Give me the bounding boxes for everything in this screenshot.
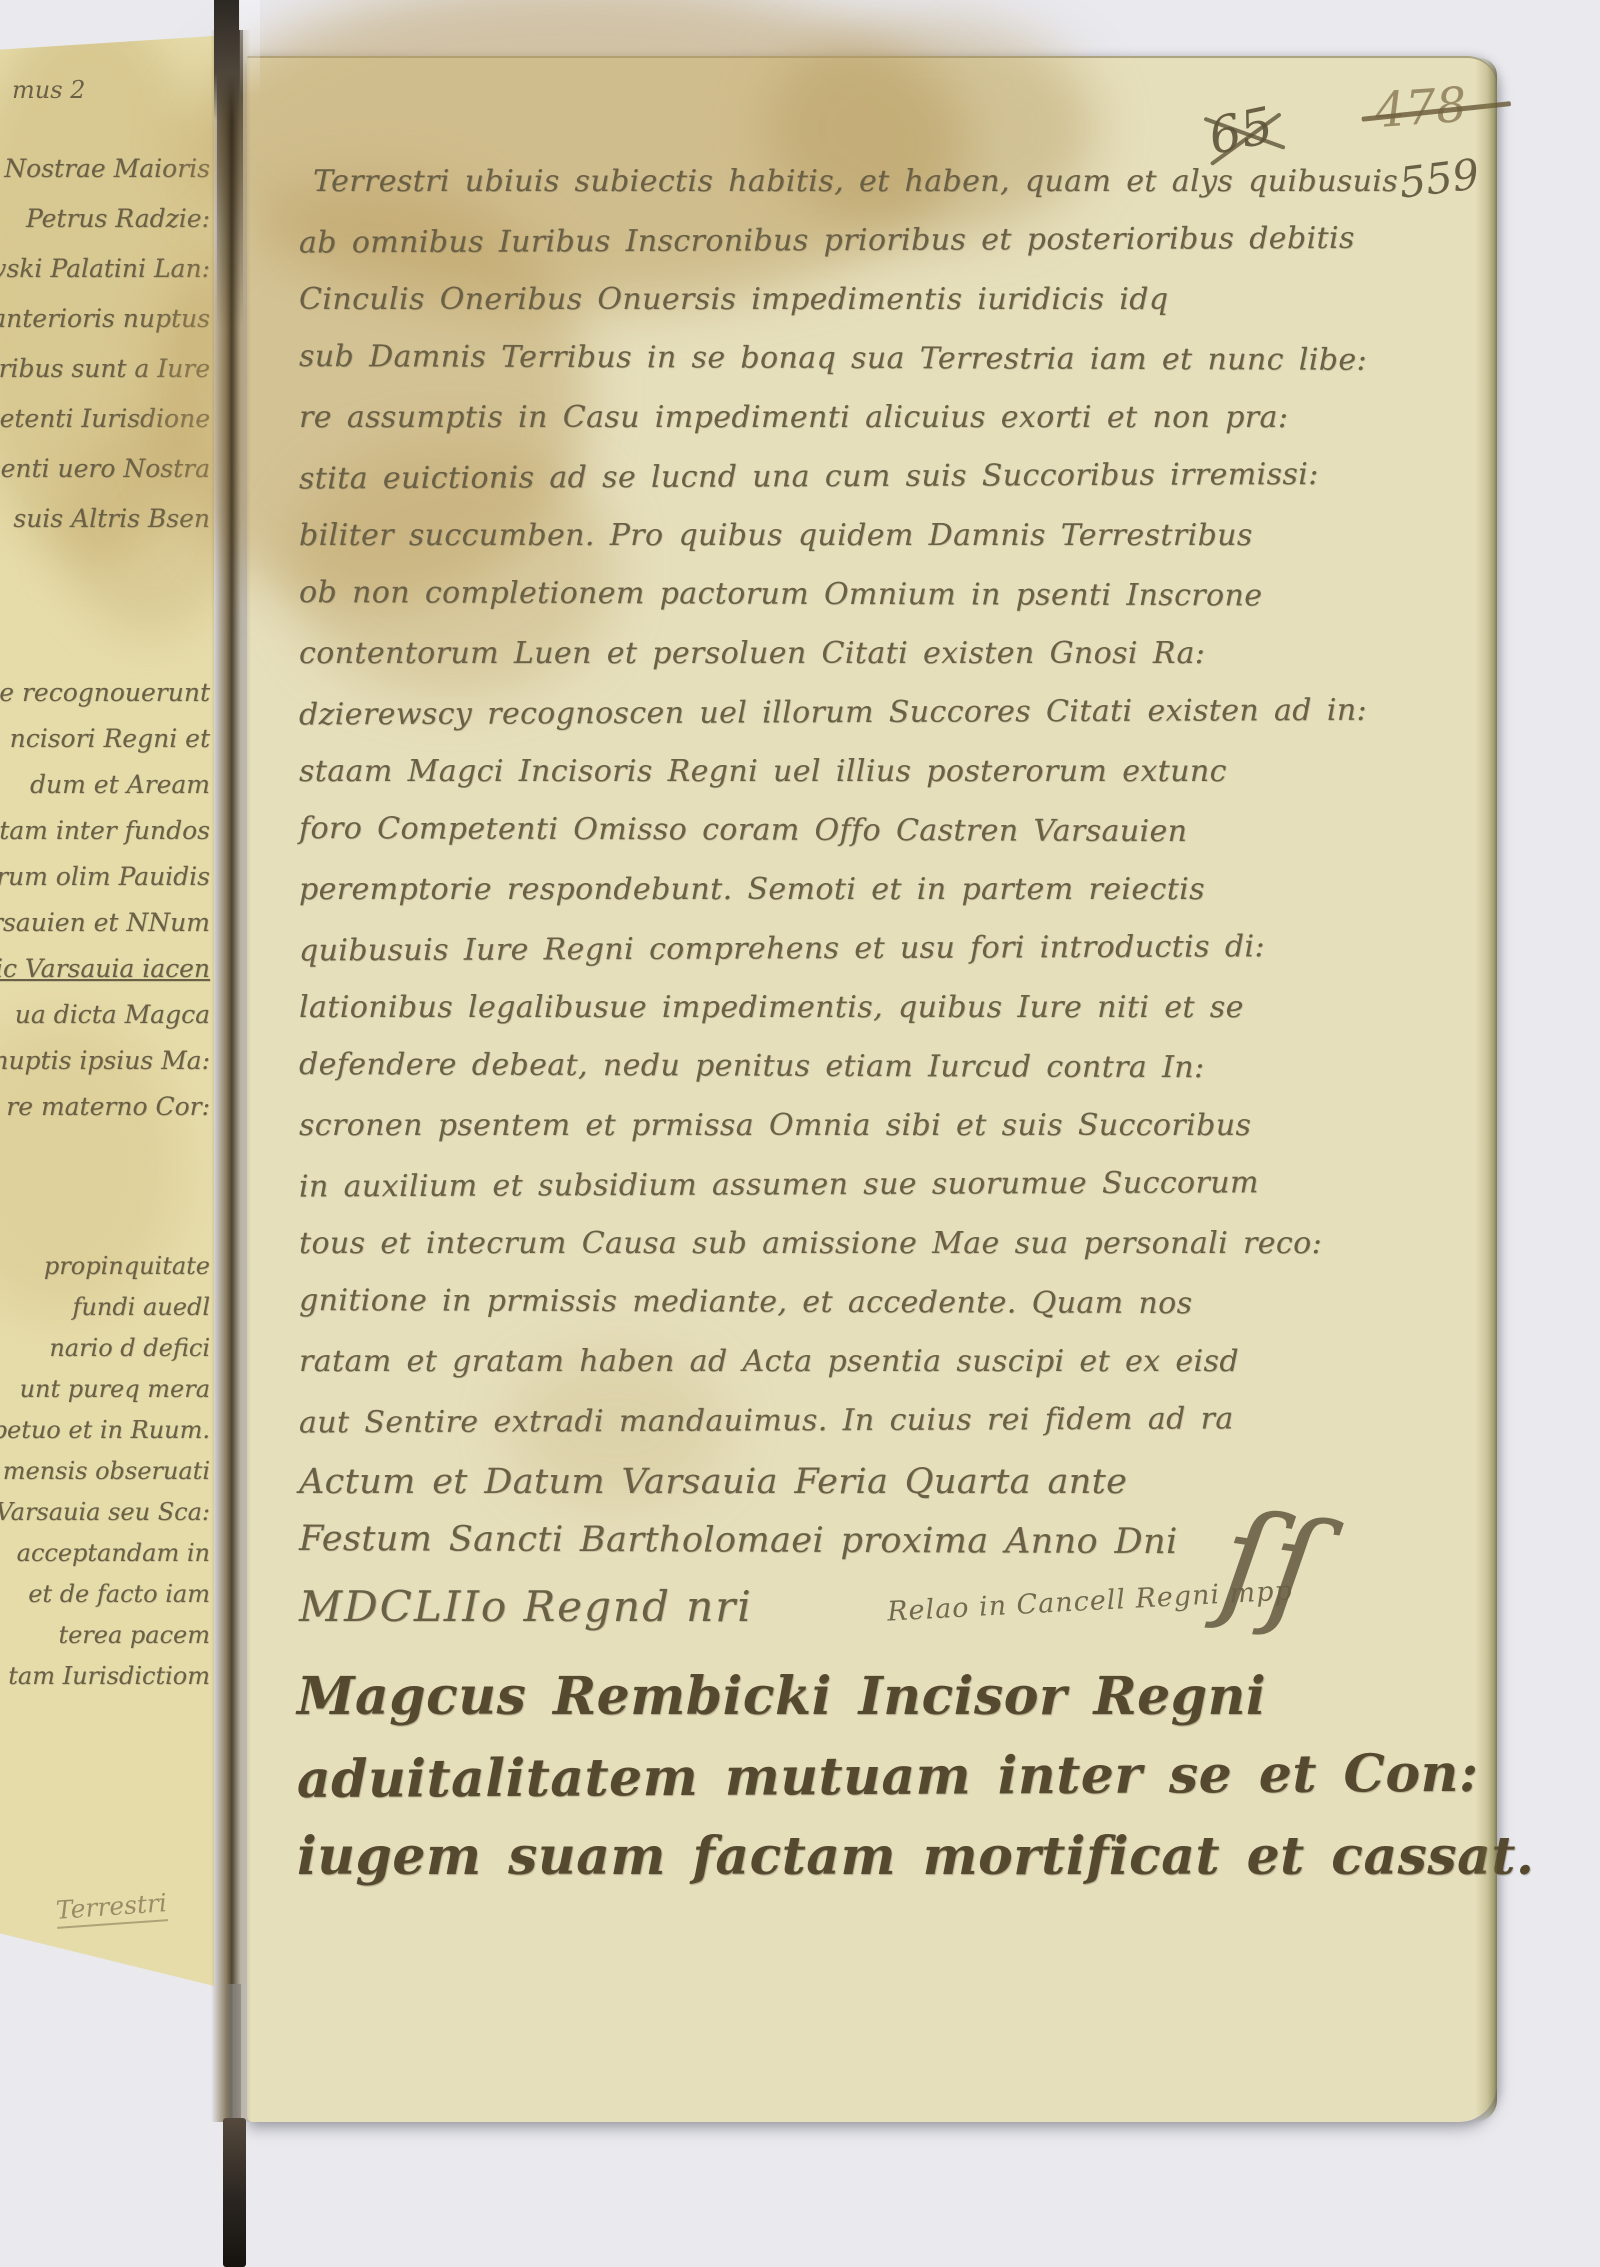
manuscript-line: contentorum Luen et persoluen Citati exi… <box>299 636 1429 695</box>
manuscript-line: Terrestri ubiuis subiectis habitis, et h… <box>299 164 1429 223</box>
manuscript-line-fragment: ua dicta Magca <box>0 1000 210 1046</box>
manuscript-line-fragment: tam Iurisdictiom <box>0 1662 210 1703</box>
manuscript-line-fragment: beneuole recognouerunt <box>0 678 210 724</box>
manuscript-line-fragment: suis Altris Bsen <box>0 504 210 554</box>
folio-number-crossed-65: 65 <box>1204 96 1278 166</box>
manuscript-line: scronen psentem et prmissa Omnia sibi et… <box>299 1108 1429 1167</box>
book-gutter-shadow <box>211 30 251 2122</box>
manuscript-line-fragment: unt pureq mera <box>0 1375 210 1416</box>
manuscript-line: dzierewscy recognoscen uel illorum Succo… <box>299 693 1429 757</box>
clamp-rod-middle <box>226 1984 241 2124</box>
manuscript-line: ob non completionem pactorum Omnium in p… <box>299 575 1429 638</box>
clamp-rod-top <box>214 0 239 122</box>
manuscript-line: sub Damnis Terribus in se bonaq sua Terr… <box>299 339 1429 402</box>
manuscript-line-fragment: rsauien et NNum <box>0 908 210 954</box>
left-page: mus 2 ncis Nostrae MaiorisPetrus Radzie:… <box>0 36 214 1986</box>
summary-line: aduitalitatem mutuam inter se et Con: <box>297 1743 1457 1829</box>
catchword: Terrestri <box>55 1888 168 1929</box>
manuscript-line-fragment: ka anterioris nuptus <box>0 304 210 354</box>
manuscript-body: Terrestri ubiuis subiectis habitis, et h… <box>299 164 1429 1580</box>
summary-note: Magcus Rembicki Incisor Regniaduitalitat… <box>297 1666 1457 1906</box>
manuscript-line-fragment: nuptis ipsius Ma: <box>0 1046 210 1092</box>
manuscript-line: quibusuis Iure Regni comprehens et usu f… <box>299 929 1429 993</box>
manuscript-line: aut Sentire extradi mandauimus. In cuius… <box>299 1401 1429 1465</box>
manuscript-line: ratam et gratam haben ad Acta psentia su… <box>299 1344 1429 1403</box>
manuscript-line: foro Competenti Omisso coram Offo Castre… <box>299 811 1429 874</box>
manuscript-line-fragment: sitam inter fundos <box>0 816 210 862</box>
manuscript-line-fragment: petuo et in Ruum. <box>0 1416 210 1457</box>
left-page-fragments-top: ncis Nostrae MaiorisPetrus Radzie:wski P… <box>0 154 210 554</box>
manuscript-line-fragment: propinquitate <box>0 1252 210 1293</box>
manuscript-line: biliter succumben. Pro quibus quidem Dam… <box>299 518 1429 577</box>
manuscript-line: in auxilium et subsidium assumen sue suo… <box>299 1165 1429 1229</box>
clamp-rod-bottom <box>223 2118 246 2267</box>
manuscript-line-fragment: et de facto iam <box>0 1580 210 1621</box>
folio-number-crossed-478: 478 <box>1373 77 1468 139</box>
manuscript-line-fragment: re materno Cor: <box>0 1092 210 1138</box>
manuscript-line-fragment: nario d defici <box>0 1334 210 1375</box>
manuscript-line-fragment: Sic Varsauia iacen <box>0 954 210 1000</box>
page-fore-edge <box>1475 58 1497 2122</box>
manuscript-line-fragment: mensis obseruati <box>0 1457 210 1498</box>
manuscript-line: tous et intecrum Causa sub amissione Mae… <box>299 1226 1429 1285</box>
manuscript-line-fragment: wski Palatini Lan: <box>0 254 210 304</box>
manuscript-line: re assumptis in Casu impedimenti alicuiu… <box>299 400 1429 459</box>
summary-line: Magcus Rembicki Incisor Regni <box>297 1666 1457 1746</box>
manuscript-photo: mus 2 ncis Nostrae MaiorisPetrus Radzie:… <box>0 0 1600 2267</box>
manuscript-line-fragment: dum et Aream <box>0 770 210 816</box>
manuscript-line-fragment: ncis Nostrae Maioris <box>0 154 210 204</box>
manuscript-line-fragment: Petrus Radzie: <box>0 204 210 254</box>
signature-flourish: ſſ <box>1212 1482 1328 1646</box>
manuscript-line: lationibus legalibusue impedimentis, qui… <box>299 990 1429 1049</box>
manuscript-line-fragment: fundi auedl <box>0 1293 210 1334</box>
manuscript-line: peremptorie respondebunt. Semoti et in p… <box>299 872 1429 931</box>
manuscript-line-fragment: Varsauia seu Sca: <box>0 1498 210 1539</box>
manuscript-line: Cinculis Oneribus Onuersis impedimentis … <box>299 282 1429 341</box>
manuscript-line-fragment: terea pacem <box>0 1621 210 1662</box>
manuscript-line: staam Magci Incisoris Regni uel illius p… <box>299 754 1429 813</box>
manuscript-line-fragment: orum olim Pauidis <box>0 862 210 908</box>
date-line: MDCLIIo Regnd nri <box>299 1582 753 1631</box>
clamp-rod-sheen <box>240 0 260 96</box>
manuscript-line: gnitione in prmissis mediante, et accede… <box>299 1283 1429 1346</box>
manuscript-line: defendere debeat, nedu penitus etiam Iur… <box>299 1047 1429 1110</box>
manuscript-line: ab omnibus Iuribus Inscronibus prioribus… <box>299 221 1429 285</box>
summary-line: iugem suam factam mortificat et cassat. <box>297 1826 1457 1906</box>
manuscript-line-fragment: ribus sunt a Iure <box>0 354 210 404</box>
right-page: 65 478 559 Terrestri ubiuis subiectis ha… <box>247 56 1497 2122</box>
manuscript-line-fragment: ncisori Regni et <box>0 724 210 770</box>
manuscript-line-fragment: Psenti uero Nostra <box>0 454 210 504</box>
left-page-top-fragment: mus 2 <box>12 76 85 104</box>
left-page-fragments-bottom: propinquitatefundi auedlnario d deficiun… <box>0 1252 210 1703</box>
manuscript-line: stita euictionis ad se lucnd una cum sui… <box>299 457 1429 521</box>
manuscript-line-fragment: acceptandam in <box>0 1539 210 1580</box>
manuscript-line-fragment: petenti Iurisdione <box>0 404 210 454</box>
left-page-fragments-middle: beneuole recognoueruntncisori Regni etdu… <box>0 678 210 1138</box>
